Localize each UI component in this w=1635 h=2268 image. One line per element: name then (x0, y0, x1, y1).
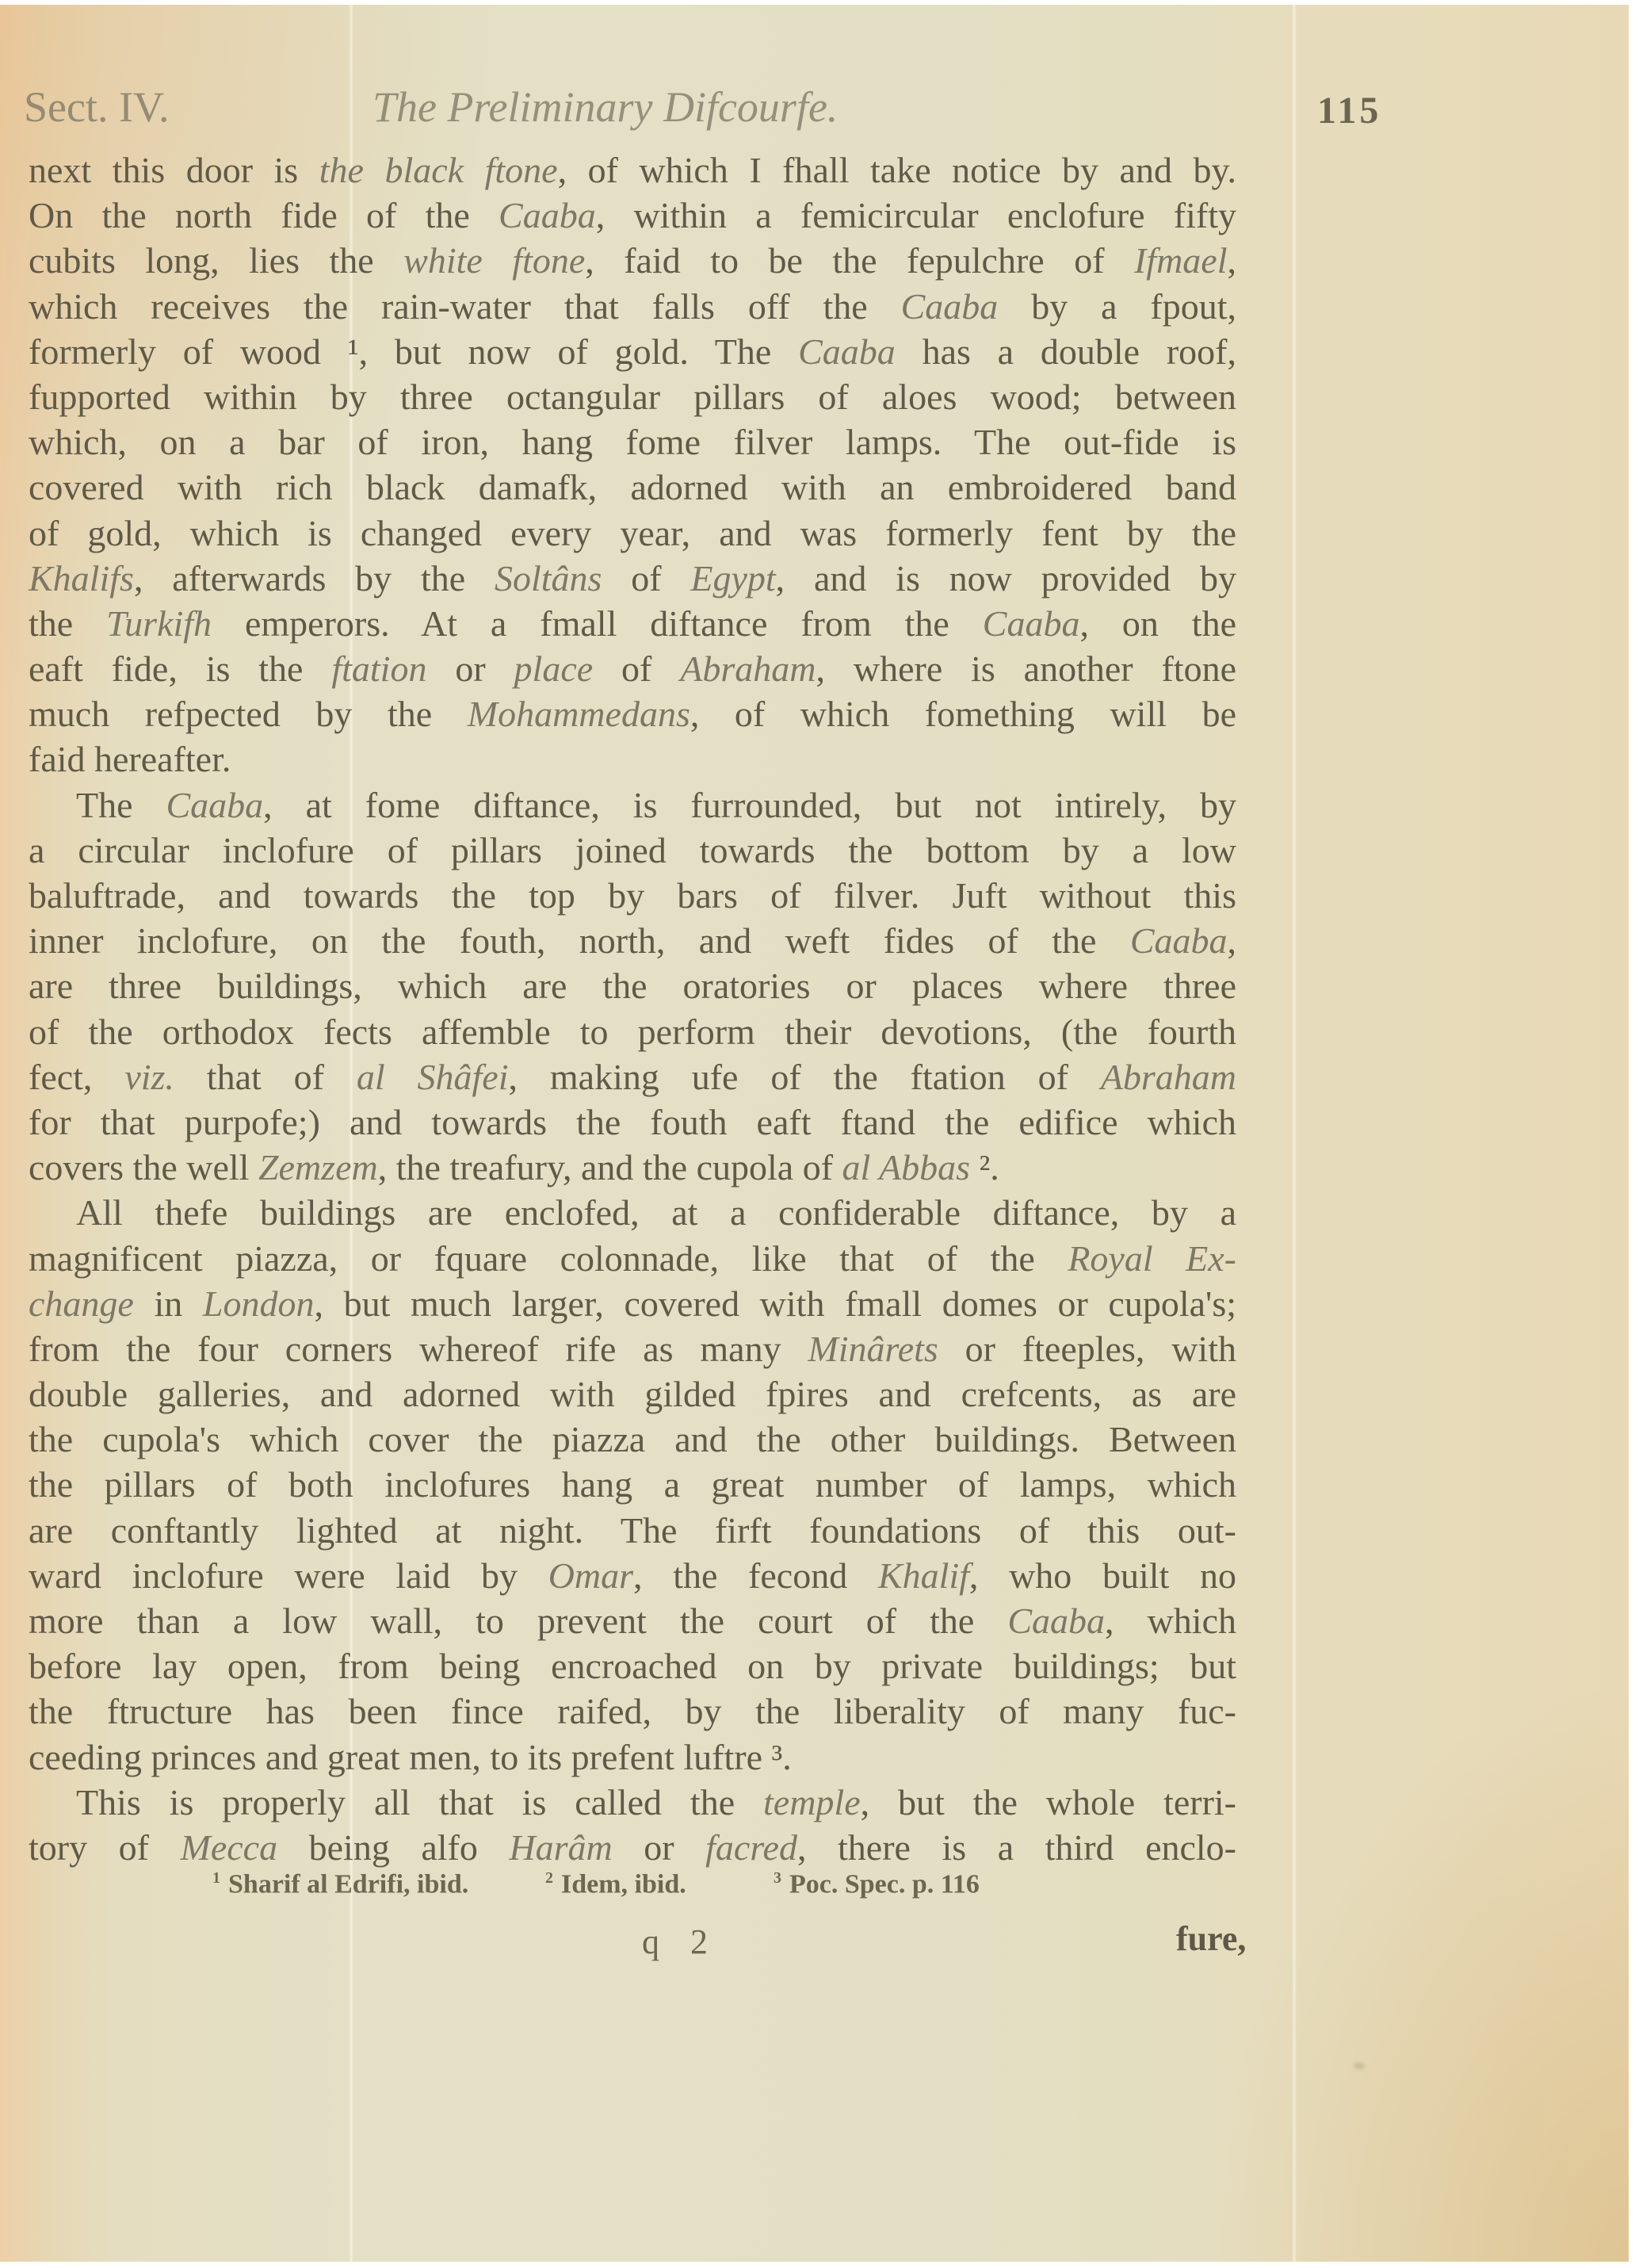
paper-fold-line (1292, 5, 1297, 2262)
text-run: which, on a bar of iron, hang fome filve… (29, 422, 1236, 462)
text-line: fect, viz. that of al Shâfei, making ufe… (29, 1054, 1236, 1100)
text-run: This is properly all that is called the (76, 1782, 763, 1822)
text-run: of gold, which is changed every year, an… (29, 513, 1236, 553)
text-line: which receives the rain-water that falls… (29, 284, 1236, 329)
text-run: much refpected by the (29, 694, 468, 734)
italic-phrase: Soltâns (495, 558, 602, 599)
text-line: the ftructure has been fince raifed, by … (29, 1689, 1236, 1734)
text-run: , afterwards by the (134, 558, 495, 599)
italic-phrase: Caaba (1007, 1601, 1105, 1641)
text-run: All thefe buildings are enclofed, at a c… (76, 1192, 1236, 1233)
text-run: by a fpout, (998, 286, 1236, 327)
text-run: faid hereafter. (29, 739, 231, 779)
text-run: tory of (29, 1827, 181, 1868)
text-line: formerly of wood ¹, but now of gold. The… (29, 329, 1236, 374)
italic-phrase: Caaba (901, 286, 999, 327)
italic-phrase: Caaba (983, 603, 1080, 644)
text-line: more than a low wall, to prevent the cou… (29, 1598, 1236, 1643)
text-line: of the orthodox fects affemble to perfor… (29, 1009, 1236, 1054)
italic-phrase: ftation (331, 648, 426, 689)
book-page: Sect. IV. The Preliminary Difcourfe. 115… (0, 5, 1629, 2262)
text-line: the pillars of both inclofures hang a gr… (29, 1462, 1236, 1507)
italic-phrase: al Shâfei (357, 1057, 509, 1097)
text-run: ceeding princes and great men, to its pr… (29, 1737, 792, 1777)
text-line: eaft fide, is the ftation or place of Ab… (29, 646, 1236, 691)
text-line: magnificent piazza, or fquare colonnade,… (29, 1236, 1236, 1281)
text-line: faid hereafter. (29, 736, 1236, 782)
text-run: ². (970, 1147, 999, 1188)
text-line: the cupola's which cover the piazza and … (29, 1417, 1236, 1462)
text-line: which, on a bar of iron, hang fome filve… (29, 419, 1236, 465)
text-run: , who built no (969, 1555, 1236, 1596)
italic-phrase: Khalifs (29, 558, 134, 599)
italic-phrase: Caaba (798, 331, 896, 372)
text-run: , on the (1079, 603, 1236, 644)
text-line: next this door is the black ftone, of wh… (29, 147, 1236, 193)
text-line: are three buildings, which are the orato… (29, 963, 1236, 1008)
italic-phrase: viz. (124, 1057, 174, 1097)
text-run: the ftructure has been fince raifed, by … (29, 1691, 1236, 1731)
italic-phrase: Harâm (509, 1827, 612, 1868)
text-line: Khalifs, afterwards by the Soltâns of Eg… (29, 556, 1236, 601)
footnote-1: 1Sharif al Edrifi, ibid. (212, 1869, 468, 1899)
italic-phrase: Caaba (1130, 920, 1228, 961)
text-run: , and is now provided by (776, 558, 1236, 599)
text-run: for that purpofe;) and towards the fouth… (29, 1102, 1236, 1142)
text-run: being alfo (277, 1827, 509, 1868)
text-line: a circular inclofure of pillars joined t… (29, 828, 1236, 873)
text-run: ward inclofure were laid by (29, 1555, 548, 1596)
text-line: The Caaba, at fome diftance, is furround… (29, 782, 1236, 828)
italic-phrase: place (514, 648, 594, 689)
text-line: from the four corners whereof rife as ma… (29, 1326, 1236, 1371)
italic-phrase: Caaba (166, 785, 263, 825)
signature-mark: q 2 (642, 1922, 719, 1962)
text-run: double galleries, and adorned with gilde… (29, 1374, 1236, 1414)
text-run: The (76, 785, 166, 825)
text-run: , but the whole terri- (861, 1782, 1236, 1822)
text-run: or fteeples, with (938, 1329, 1236, 1369)
text-run: , (1228, 920, 1237, 961)
text-run: , of which I fhall take notice by and by… (558, 150, 1236, 190)
italic-phrase: Caaba (499, 195, 596, 235)
catchword: fure, (1176, 1918, 1246, 1959)
text-line: All thefe buildings are enclofed, at a c… (29, 1190, 1236, 1235)
text-run: covered with rich black damafk, adorned … (29, 467, 1236, 507)
italic-phrase: Khalif (878, 1555, 969, 1596)
text-line: are conftantly lighted at night. The fir… (29, 1508, 1236, 1553)
text-run: of the orthodox fects affemble to perfor… (29, 1012, 1236, 1052)
text-run: fupported within by three octangular pil… (29, 377, 1236, 417)
italic-phrase: Egypt (690, 558, 775, 599)
text-run: covers the well (29, 1147, 258, 1188)
text-run: from the four corners whereof rife as ma… (29, 1329, 808, 1369)
text-run: or (426, 648, 514, 689)
text-line: much refpected by the Mohammedans, of wh… (29, 691, 1236, 736)
text-run: , the treafury, and the cupola of (378, 1147, 842, 1188)
text-run: the (29, 603, 106, 644)
text-line: cubits long, lies the white ftone, faid … (29, 238, 1236, 283)
text-run: before lay open, from being encroached o… (29, 1646, 1236, 1686)
italic-phrase: Minârets (808, 1329, 938, 1369)
page-number: 115 (1317, 89, 1381, 132)
running-head: Sect. IV. The Preliminary Difcourfe. 115 (24, 82, 1371, 138)
italic-phrase: Mecca (181, 1827, 278, 1868)
italic-phrase: temple (763, 1782, 861, 1822)
text-line: tory of Mecca being alfo Harâm or facred… (29, 1825, 1236, 1870)
text-run: next this door is (29, 150, 319, 190)
text-line: On the north fide of the Caaba, within a… (29, 193, 1236, 238)
text-run: On the north fide of the (29, 195, 499, 235)
text-run: , (1228, 240, 1237, 281)
text-run: in (134, 1283, 203, 1324)
text-run: , of which fomething will be (690, 694, 1236, 734)
text-run: , making ufe of the ftation of (509, 1057, 1101, 1097)
italic-phrase: facred (705, 1827, 797, 1868)
text-run: , the fecond (633, 1555, 878, 1596)
italic-phrase: London (203, 1283, 315, 1324)
text-run: , there is a third enclo- (797, 1827, 1236, 1868)
footnote-3: 3Poc. Spec. p. 116 (774, 1869, 980, 1899)
text-run: , but much larger, covered with fmall do… (314, 1283, 1236, 1324)
italic-phrase: change (29, 1283, 134, 1324)
text-line: covered with rich black damafk, adorned … (29, 465, 1236, 510)
text-run: , where is another ftone (816, 648, 1236, 689)
text-run: of (593, 648, 680, 689)
text-line: inner inclofure, on the fouth, north, an… (29, 918, 1236, 963)
italic-phrase: Mohammedans (468, 694, 690, 734)
text-run: has a double roof, (896, 331, 1236, 372)
text-run: , at fome diftance, is furrounded, but n… (263, 785, 1236, 825)
text-run: the cupola's which cover the piazza and … (29, 1419, 1236, 1459)
italic-phrase: Abraham (1101, 1057, 1236, 1097)
text-run: eaft fide, is the (29, 648, 331, 689)
text-run: magnificent piazza, or fquare colonnade,… (29, 1238, 1068, 1279)
ink-smudge (1354, 2063, 1365, 2069)
text-run: are conftantly lighted at night. The fir… (29, 1510, 1236, 1551)
text-run: of (602, 558, 690, 599)
text-run: inner inclofure, on the fouth, north, an… (29, 920, 1130, 961)
text-line: before lay open, from being encroached o… (29, 1643, 1236, 1689)
text-line: the Turkifh emperors. At a fmall diftanc… (29, 601, 1236, 646)
text-line: for that purpofe;) and towards the fouth… (29, 1100, 1236, 1145)
italic-phrase: Ifmael (1134, 240, 1228, 281)
text-run: , which (1105, 1601, 1236, 1641)
italic-phrase: the black ftone (319, 150, 558, 190)
italic-phrase: Omar (548, 1555, 633, 1596)
text-run: or (613, 1827, 705, 1868)
text-line: change in London, but much larger, cover… (29, 1281, 1236, 1326)
text-run: which receives the rain-water that falls… (29, 286, 901, 327)
text-line: This is properly all that is called the … (29, 1780, 1236, 1825)
italic-phrase: Royal Ex- (1068, 1238, 1236, 1279)
italic-phrase: Turkifh (106, 603, 212, 644)
text-line: covers the well Zemzem, the treafury, an… (29, 1145, 1236, 1190)
footnote-2: 2Idem, ibid. (545, 1869, 686, 1899)
text-line: baluftrade, and towards the top by bars … (29, 873, 1236, 918)
section-label: Sect. IV. (24, 82, 170, 132)
text-line: of gold, which is changed every year, an… (29, 511, 1236, 556)
running-title: The Preliminary Difcourfe. (372, 82, 838, 132)
text-run: baluftrade, and towards the top by bars … (29, 875, 1236, 916)
footnotes: 1Sharif al Edrifi, ibid. 2Idem, ibid. 3P… (212, 1869, 1163, 1909)
text-run: a circular inclofure of pillars joined t… (29, 830, 1236, 870)
text-line: ward inclofure were laid by Omar, the fe… (29, 1553, 1236, 1598)
italic-phrase: white ftone (403, 240, 585, 281)
text-run: , faid to be the fepulchre of (585, 240, 1134, 281)
text-run: fect, (29, 1057, 124, 1097)
italic-phrase: al Abbas (842, 1147, 970, 1188)
text-run: formerly of wood ¹, but now of gold. The (29, 331, 798, 372)
text-run: cubits long, lies the (29, 240, 403, 281)
text-run: emperors. At a fmall diftance from the (212, 603, 983, 644)
text-line: fupported within by three octangular pil… (29, 374, 1236, 419)
text-line: double galleries, and adorned with gilde… (29, 1371, 1236, 1417)
text-run: , within a femicircular enclofure fifty (596, 195, 1236, 235)
italic-phrase: Abraham (680, 648, 816, 689)
text-run: that of (174, 1057, 357, 1097)
text-run: the pillars of both inclofures hang a gr… (29, 1464, 1236, 1505)
text-line: ceeding princes and great men, to its pr… (29, 1734, 1236, 1780)
body-text: next this door is the black ftone, of wh… (29, 147, 1236, 1870)
text-run: are three buildings, which are the orato… (29, 966, 1236, 1006)
text-run: more than a low wall, to prevent the cou… (29, 1601, 1007, 1641)
italic-phrase: Zemzem (258, 1147, 378, 1188)
